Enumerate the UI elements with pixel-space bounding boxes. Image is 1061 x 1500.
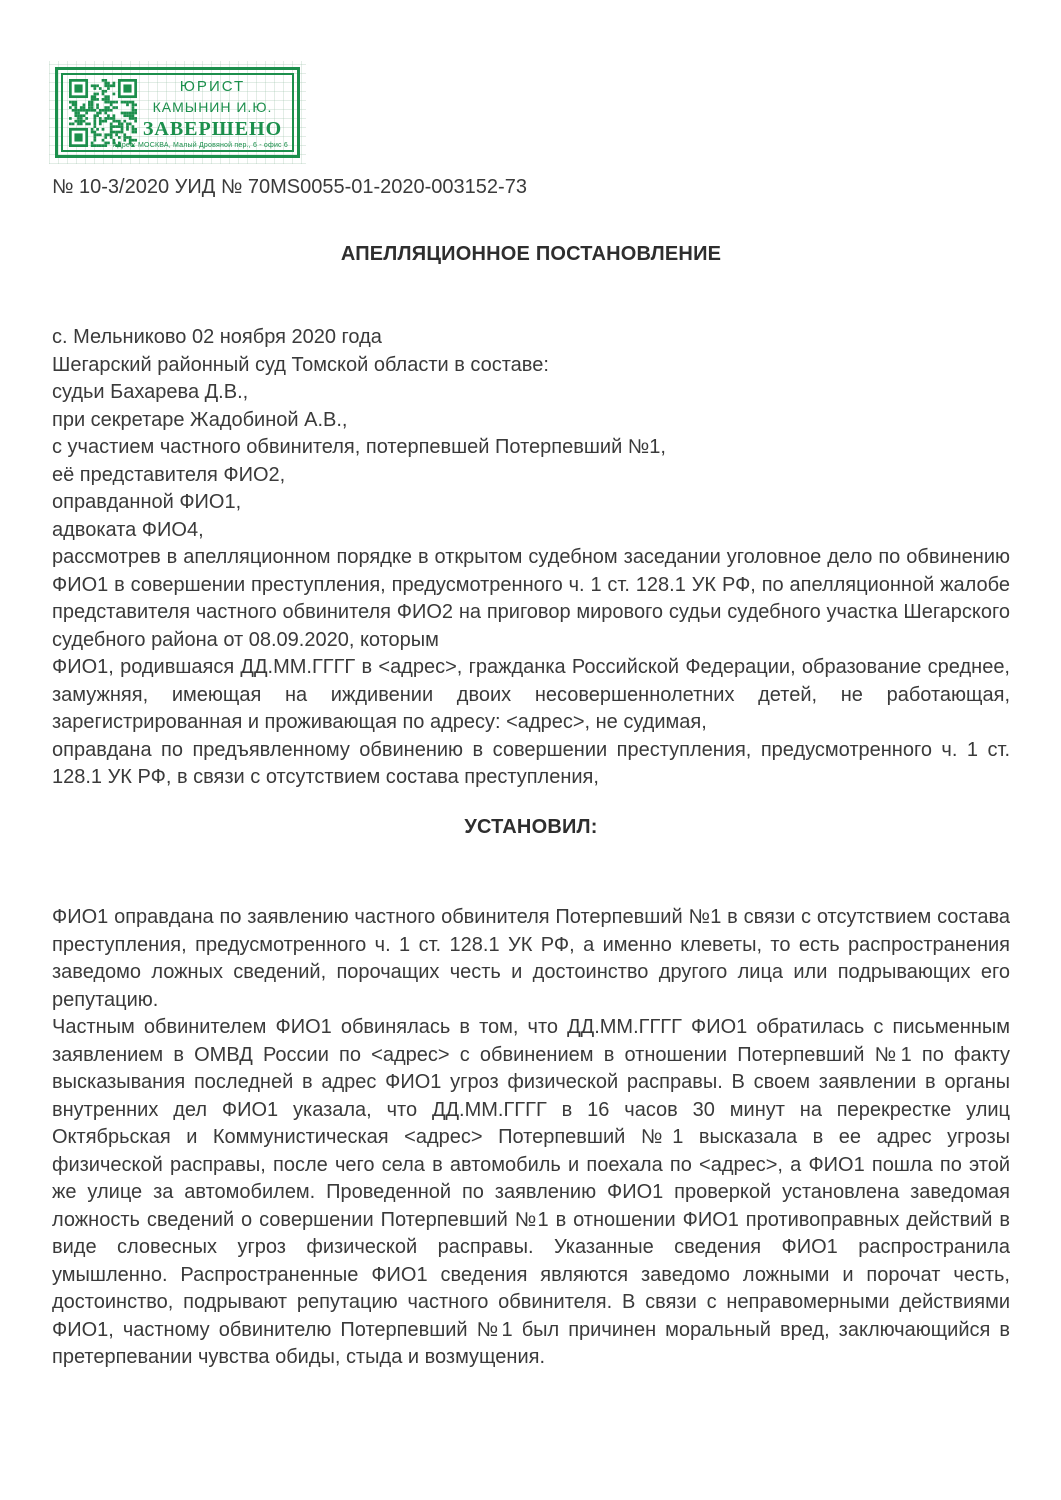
paragraph: с участием частного обвинителя, потерпев… — [52, 434, 1010, 462]
paragraph: при секретаре Жадобиной А.В., — [52, 407, 1010, 435]
paragraph: Частным обвинителем ФИО1 обвинялась в то… — [52, 1014, 1010, 1372]
document-page: ЮРИСТ КАМЫНИН И.Ю. ЗАВЕРШЕНО Адрес: МОСК… — [0, 0, 1061, 1500]
paragraph: её представителя ФИО2, — [52, 462, 1010, 490]
stamp-address: Адрес: МОСКВА, Малый Дровяной пер., 6 - … — [113, 142, 288, 149]
paragraph: ФИО1, родившаяся ДД.ММ.ГГГГ в <адрес>, г… — [52, 654, 1010, 737]
paragraph: адвоката ФИО4, — [52, 517, 1010, 545]
stamp-lawyer-name: КАМЫНИН И.Ю. — [153, 100, 273, 115]
paragraph: рассмотрев в апелляционном порядке в отк… — [52, 544, 1010, 654]
completion-stamp: ЮРИСТ КАМЫНИН И.Ю. ЗАВЕРШЕНО Адрес: МОСК… — [49, 61, 306, 164]
section-heading-ustanovil: УСТАНОВИЛ: — [52, 814, 1010, 842]
intro-section: с. Мельниково 02 ноября 2020 годаШегарск… — [52, 324, 1010, 792]
stamp-status-label: ЗАВЕРШЕНО — [143, 119, 282, 140]
case-number: № 10-3/2020 УИД № 70MS0055-01-2020-00315… — [52, 174, 1010, 201]
paragraph: судьи Бахарева Д.В., — [52, 379, 1010, 407]
paragraph: оправданной ФИО1, — [52, 489, 1010, 517]
paragraph: Шегарский районный суд Томской области в… — [52, 352, 1010, 380]
stamp-org-label: ЮРИСТ — [180, 79, 245, 95]
paragraph: с. Мельниково 02 ноября 2020 года — [52, 324, 1010, 352]
paragraph: ФИО1 оправдана по заявлению частного обв… — [52, 904, 1010, 1014]
qr-code-icon — [69, 79, 137, 147]
stamp-outer-border: ЮРИСТ КАМЫНИН И.Ю. ЗАВЕРШЕНО Адрес: МОСК… — [55, 67, 300, 158]
stamp-inner-border: ЮРИСТ КАМЫНИН И.Ю. ЗАВЕРШЕНО Адрес: МОСК… — [61, 73, 294, 152]
document-title: АПЕЛЛЯЦИОННОЕ ПОСТАНОВЛЕНИЕ — [52, 241, 1010, 268]
body-section: ФИО1 оправдана по заявлению частного обв… — [52, 904, 1010, 1372]
stamp-text-block: ЮРИСТ КАМЫНИН И.Ю. ЗАВЕРШЕНО — [137, 79, 288, 139]
paragraph: оправдана по предъявленному обвинению в … — [52, 737, 1010, 792]
